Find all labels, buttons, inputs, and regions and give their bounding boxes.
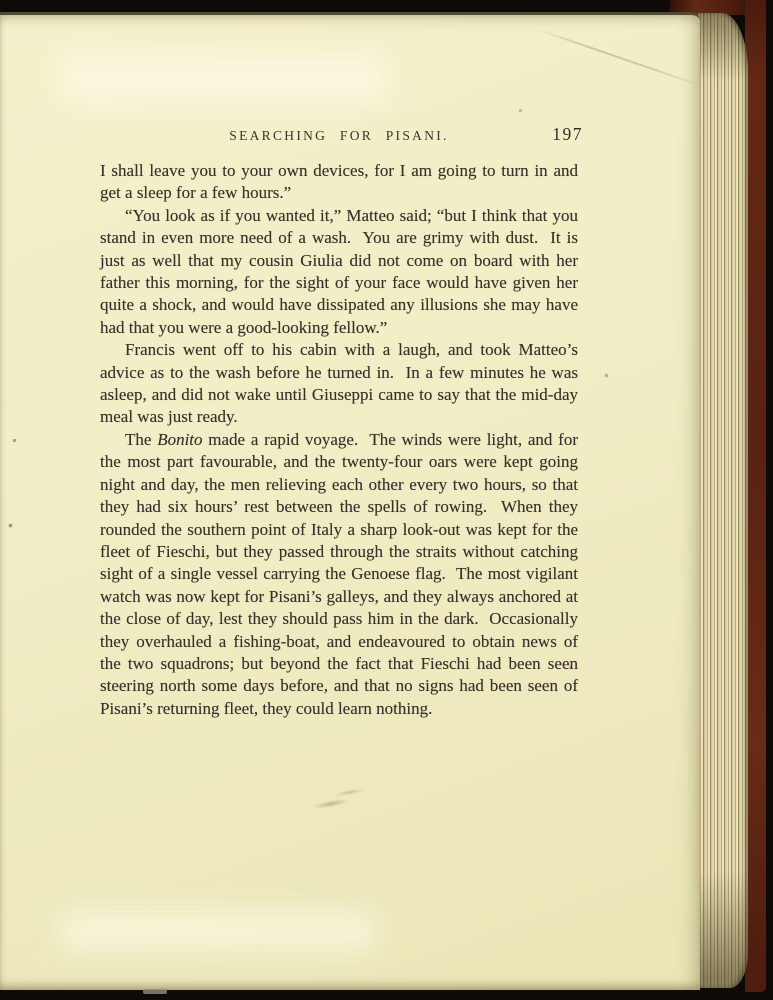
scanned-page: SEARCHING FOR PISANI. 197 I shall leave …	[0, 12, 700, 990]
paragraph-text: The	[125, 430, 157, 449]
paper-specks	[0, 15, 1, 16]
paper-discoloration-band	[58, 910, 378, 952]
paragraph-text: made a rapid voyage. The winds were ligh…	[100, 430, 578, 718]
running-header: SEARCHING FOR PISANI. 197	[100, 124, 578, 146]
paragraph: I shall leave you to your own devices, f…	[100, 160, 578, 205]
paragraph-text: Francis went off to his cabin with a lau…	[100, 340, 578, 426]
header-title: SEARCHING FOR PISANI.	[229, 128, 448, 144]
paragraph: “You look as if you wanted it,” Matteo s…	[100, 205, 578, 339]
book-cover-strip	[745, 0, 766, 992]
page-body: I shall leave you to your own devices, f…	[100, 160, 578, 720]
paragraph-text: I shall leave you to your own devices, f…	[100, 161, 578, 202]
fold-crease	[533, 27, 709, 89]
paragraph-text: “You look as if you wanted it,” Matteo s…	[100, 206, 578, 337]
scanner-notch	[143, 989, 167, 994]
book-scan-scene: SEARCHING FOR PISANI. 197 I shall leave …	[0, 0, 773, 1000]
page-number: 197	[552, 124, 583, 145]
paragraph: Francis went off to his cabin with a lau…	[100, 339, 578, 429]
paper-discoloration-band	[58, 53, 388, 105]
page-content: SEARCHING FOR PISANI. 197 I shall leave …	[100, 124, 578, 720]
smudge-mark	[298, 779, 371, 817]
page-edges-stack	[698, 13, 748, 988]
ship-name-italic: Bonito	[157, 430, 202, 449]
paragraph: The Bonito made a rapid voyage. The wind…	[100, 429, 578, 720]
